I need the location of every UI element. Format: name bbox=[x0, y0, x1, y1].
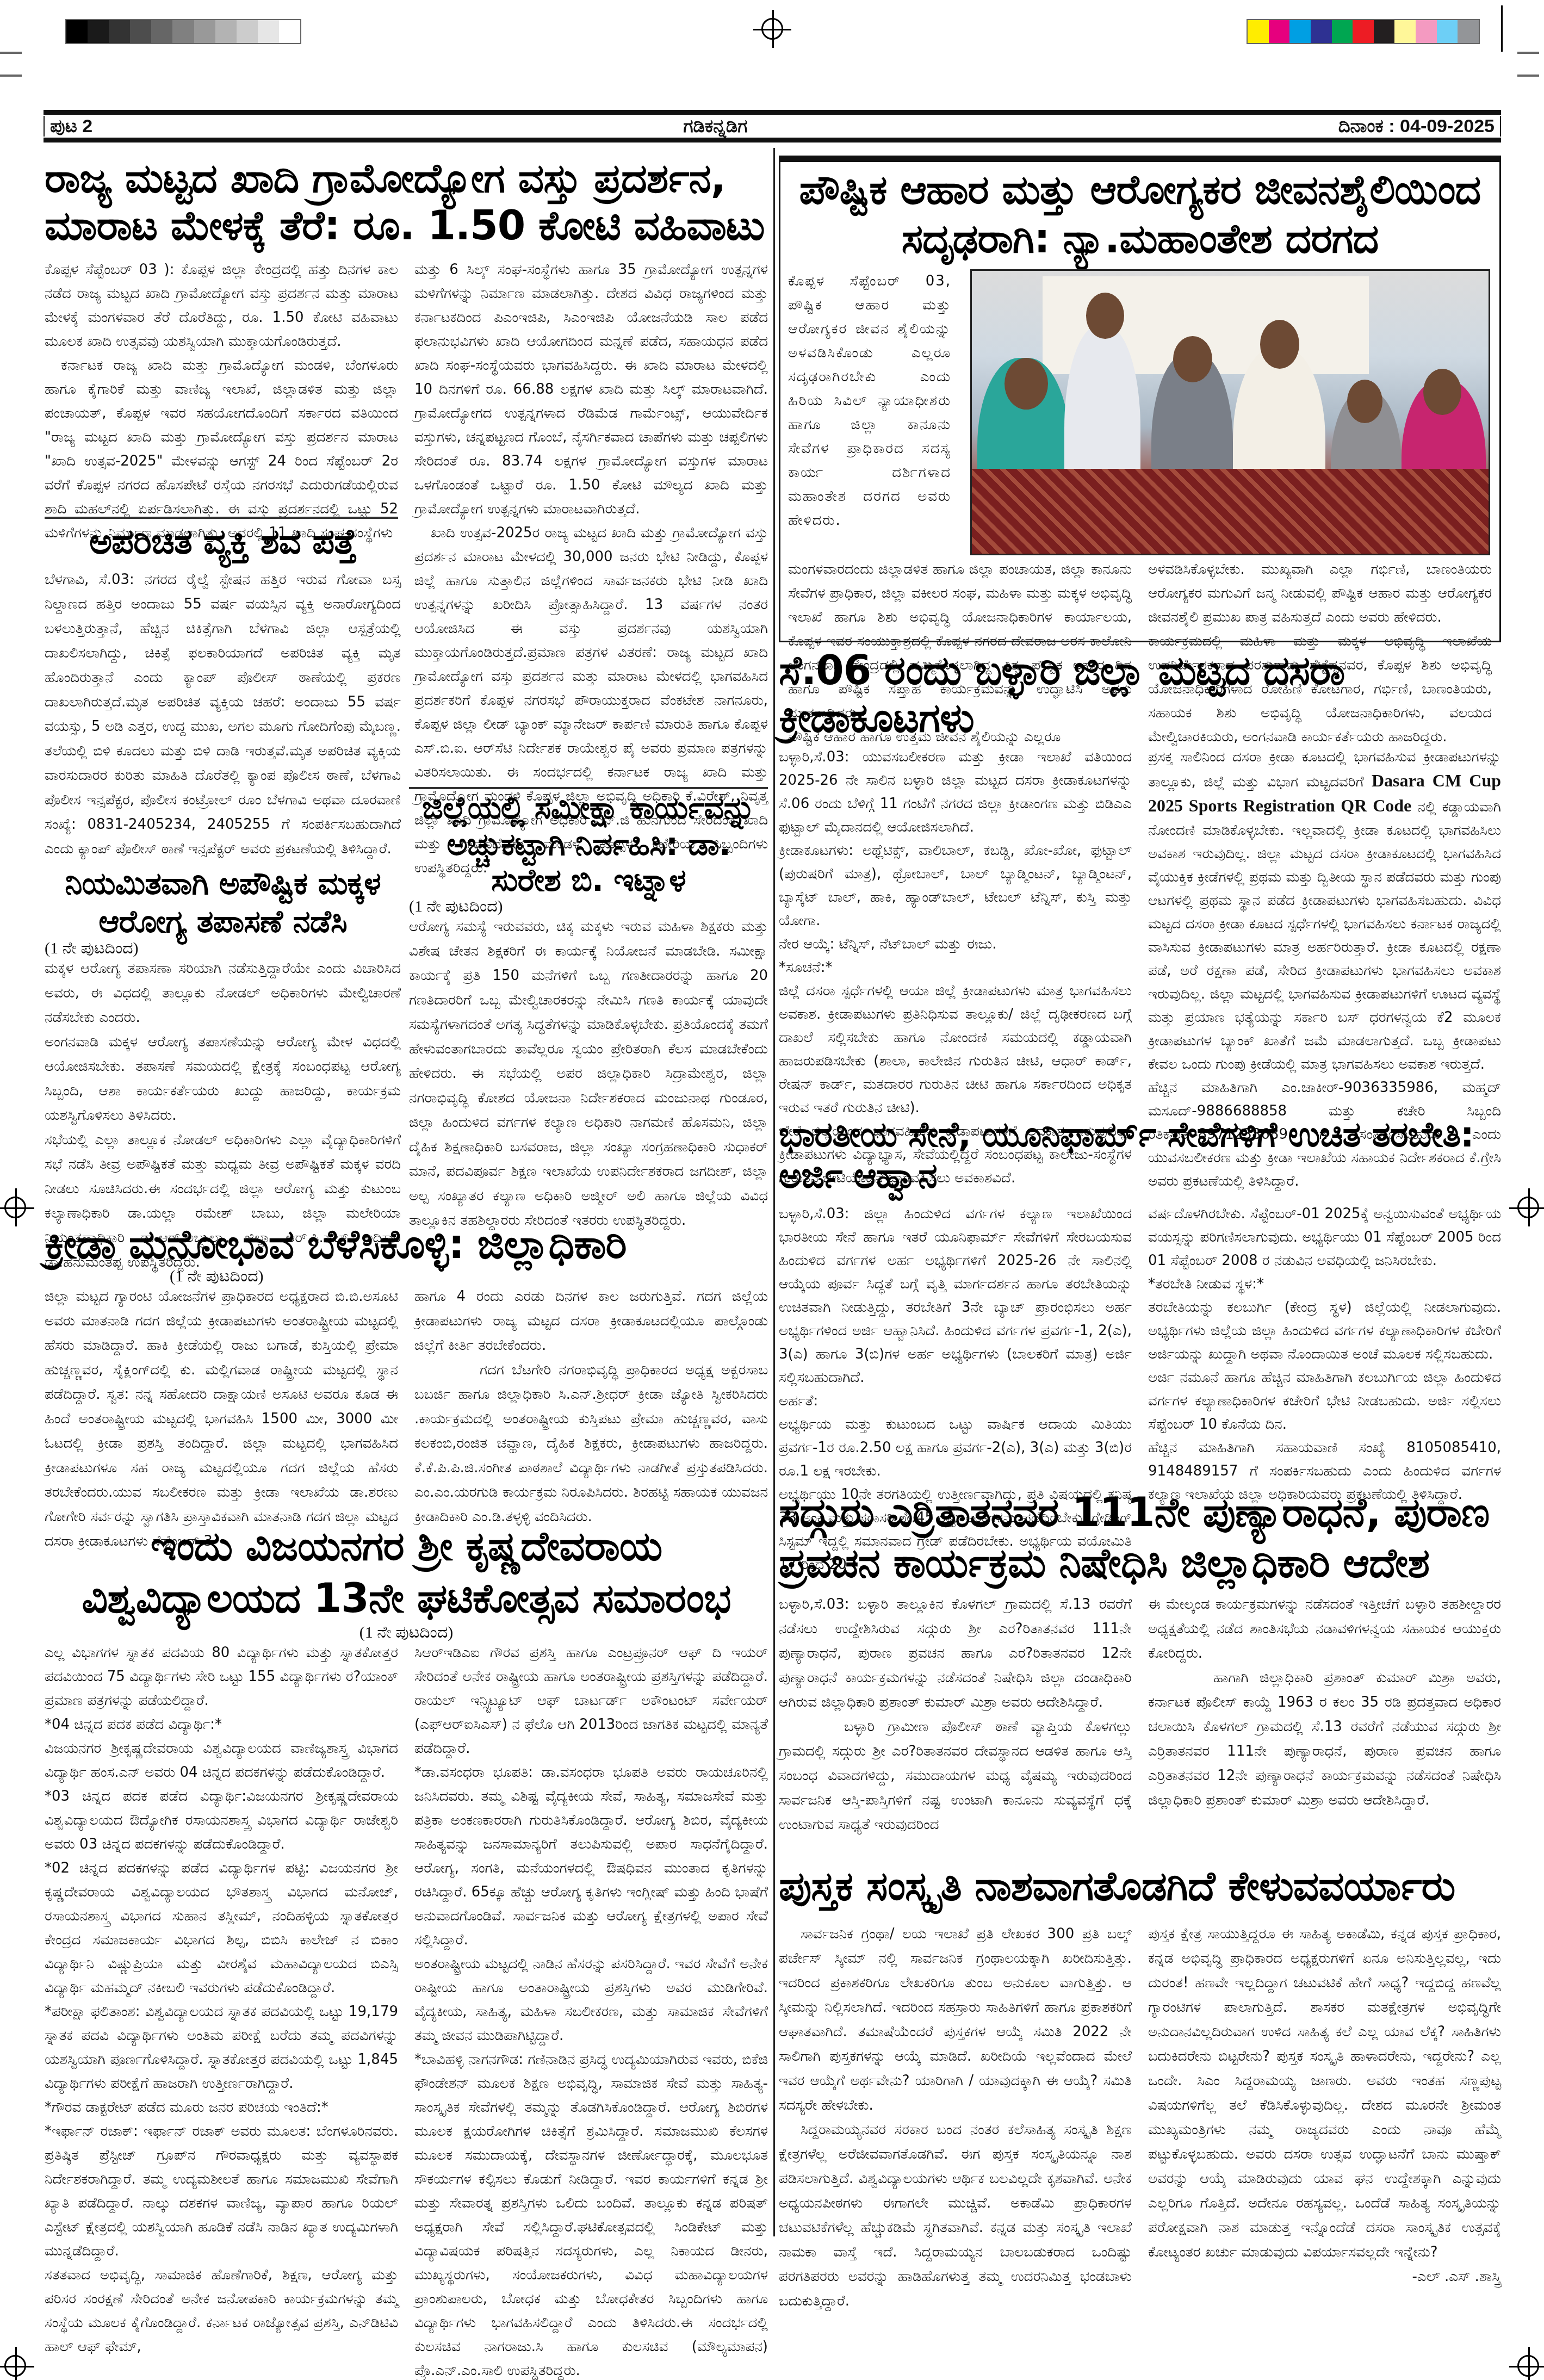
article-column: ಪುಸ್ತಕ ಕ್ಷೇತ್ರ ಸಾಯುತ್ತಿದ್ದರೂ ಈ ಸಾಹಿತ್ಯ ಅ… bbox=[1148, 1922, 1501, 2314]
article-column: ಸಾರ್ವಜನಿಕ ಗ್ರಂಥಾ/ ಲಯ ಇಲಾಖೆ ಪ್ರತಿ ಲೇಖಕರ 3… bbox=[779, 1922, 1132, 2314]
article-sports-spirit: ಕ್ರೀಡಾ ಮನೋಭಾವ ಬೆಳೆಸಿಕೊಳ್ಳಿ: ಜಿಲ್ಲಾಧಿಕಾರಿ… bbox=[45, 1221, 768, 1554]
article-unknown-body: ಅಪರಿಚಿತ ವ್ಯಕ್ತಿ ಶವ ಪತ್ತೆ ಬೆಳಗಾವಿ, ಸೆ.03:… bbox=[45, 522, 401, 861]
article-body: ಜಿಲ್ಲಾ ಮಟ್ಟದ ಗ್ಯಾರಂಟಿ ಯೋಜನೆಗಳ ಪ್ರಾಧಿಕಾರದ… bbox=[45, 1285, 768, 1554]
headline: ರಾಜ್ಯ ಮಟ್ಟದ ಖಾದಿ ಗ್ರಾಮೋದ್ಯೋಗ ವಸ್ತು ಪ್ರದರ… bbox=[45, 155, 768, 250]
page-masthead: ಪುಟ 2 ಗಡಿಕನ್ನಡಿಗ ದಿನಾಂಕ : 04-09-2025 bbox=[44, 110, 1501, 142]
paragraph: ಹಾಗೂ 4 ರಂದು ಎರಡು ದಿನಗಳ ಕಾಲ ಜರುಗುತ್ತಿವೆ. … bbox=[414, 1285, 768, 1358]
paragraph: ಸಿದ್ದರಾಮಯ್ಯನವರ ಸರಕಾರ ಬಂದ ನಂತರ ಕಲೆಸಾಹಿತ್ಯ… bbox=[779, 2118, 1132, 2314]
paragraph: ಅಭ್ಯರ್ಥಿಯ ಮತ್ತು ಕುಟುಂಬದ ಒಟ್ಟು ವಾರ್ಷಿಕ ಆದ… bbox=[779, 1413, 1132, 1483]
calibration-swatch bbox=[1289, 20, 1311, 43]
calibration-swatch bbox=[88, 20, 109, 43]
calibration-swatch bbox=[194, 20, 215, 43]
article-nutrition-food: ಪೌಷ್ಟಿಕ ಆಹಾರ ಮತ್ತು ಆರೋಗ್ಯಕರ ಜೀವನಶೈಲಿಯಿಂದ… bbox=[779, 156, 1501, 642]
headline: ನಿಯಮಿತವಾಗಿ ಅಪೌಷ್ಟಿಕ ಮಕ್ಕಳ ಆರೋಗ್ಯ ತಪಾಸಣೆ … bbox=[45, 865, 401, 940]
calibration-swatch bbox=[279, 20, 300, 43]
paragraph: ವಿಜಯನಗರ ಶ್ರೀಕೃಷ್ಣದೇವರಾಯ ವಿಶ್ವವಿದ್ಯಾಲಯದ ವ… bbox=[45, 1737, 398, 1784]
article-body: ಬಳ್ಳಾರಿ,ಸೆ.03: ಬಳ್ಳಾರಿ ತಾಲ್ಲೂಕಿನ ಕೊಳಗಲ್ … bbox=[779, 1592, 1501, 1837]
calibration-swatch bbox=[172, 20, 194, 43]
color-calibration-bar bbox=[1247, 19, 1480, 44]
column-divider bbox=[773, 148, 775, 2236]
paragraph: ಅಂಗನವಾಡಿ ಮಕ್ಕಳ ಆರೋಗ್ಯ ತಪಾಸಣೆಯನ್ನು ಆರೋಗ್ಯ… bbox=[45, 1030, 401, 1128]
paragraph: *02 ಚಿನ್ನದ ಪದಕಗಳನ್ನು ಪಡೆದ ವಿದ್ಯಾರ್ಥಿಗಳ ಪ… bbox=[45, 1856, 398, 2000]
article-convocation: ಇಂದು ವಿಜಯನಗರ ಶ್ರೀ ಕೃಷ್ಣದೇವರಾಯ ವಿಶ್ವವಿದ್ಯ… bbox=[45, 1520, 768, 2380]
headline: ಕ್ರೀಡಾ ಮನೋಭಾವ ಬೆಳೆಸಿಕೊಳ್ಳಿ: ಜಿಲ್ಲಾಧಿಕಾರಿ bbox=[45, 1221, 768, 1268]
calibration-swatch bbox=[237, 20, 258, 43]
paragraph: ಆರೋಗ್ಯ ಸಮಸ್ಯೆ ಇರುವವರು, ಚಿಕ್ಕ ಮಕ್ಕಳು ಇರುವ… bbox=[409, 915, 768, 1233]
headline: ಸೆ.06 ರಂದು ಬಳ್ಳಾರಿ ಜಿಲ್ಲಾ ಮಟ್ಟದ ದಸರಾ ಕ್ರ… bbox=[779, 647, 1501, 742]
subheading: *04 ಚಿನ್ನದ ಪದಕ ಪಡೆದ ವಿದ್ಯಾರ್ಥಿ:* bbox=[45, 1713, 398, 1737]
section-divider bbox=[45, 517, 398, 519]
article-punyaradhane-ban: ಸದ್ಗುರು ಎರ್ರಿತಾತನವರ 111ನೇ ಪುಣ್ಯಾರಾಧನೆ, ಪ… bbox=[779, 1487, 1501, 1837]
registration-mark-icon bbox=[1517, 2355, 1539, 2377]
crop-mark bbox=[1517, 52, 1539, 54]
paragraph: ಪ್ರಸಕ್ತ ಸಾಲಿನಿಂದ ದಸರಾ ಕ್ರೀಡಾ ಕೂಟದಲ್ಲಿ ಭಾ… bbox=[1148, 746, 1501, 1076]
crop-mark bbox=[0, 52, 22, 54]
paragraph: *ಇರ್ಫಾನ್ ರಜಾಕ್: ಇರ್ಫಾನ್ ರಜಾಕ್ ಅವರು ಮೂಲತ:… bbox=[45, 2119, 398, 2263]
paragraph: *ಪರೀಕ್ಷಾ ಫಲಿತಾಂಶ: ವಿಶ್ವವಿದ್ಯಾಲಯದ ಸ್ನಾತಕ … bbox=[45, 2000, 398, 2096]
paragraph: ಹಾಗಾಗಿ ಜಿಲ್ಲಾಧಿಕಾರಿ ಪ್ರಶಾಂತ್ ಕುಮಾರ್ ಮಿಶ್… bbox=[1148, 1666, 1501, 1813]
paragraph: ಜಿಲ್ಲಾ ಮಟ್ಟದ ಗ್ಯಾರಂಟಿ ಯೋಜನೆಗಳ ಪ್ರಾಧಿಕಾರದ… bbox=[45, 1285, 398, 1554]
crop-mark bbox=[1501, 5, 1503, 52]
paragraph: ಸಾರ್ವಜನಿಕ ಗ್ರಂಥಾ/ ಲಯ ಇಲಾಖೆ ಪ್ರತಿ ಲೇಖಕರ 3… bbox=[779, 1922, 1132, 2118]
paragraph: ತರಬೇತಿಯನ್ನು ಕಲಬುರ್ಗಿ (ಕೇಂದ್ರ ಸ್ಥಳ) ಜಿಲ್ಲ… bbox=[1148, 1296, 1501, 1366]
paragraph: ಬಳ್ಳಾರಿ ಗ್ರಾಮೀಣ ಪೊಲೀಸ್ ಠಾಣೆ ವ್ಯಾಪ್ತಿಯ ಕೊ… bbox=[779, 1715, 1132, 1837]
paragraph: ಪುಸ್ತಕ ಕ್ಷೇತ್ರ ಸಾಯುತ್ತಿದ್ದರೂ ಈ ಸಾಹಿತ್ಯ ಅ… bbox=[1148, 1922, 1501, 2265]
calibration-swatch bbox=[130, 20, 151, 43]
person-figure bbox=[1260, 320, 1299, 369]
subheading: ಅರ್ಹತೆ: bbox=[779, 1390, 1132, 1413]
person-figure bbox=[1423, 369, 1461, 415]
paragraph: ಬೆಳಗಾವಿ, ಸೆ.03: ನಗರದ ರೈಲ್ವೆ ಸ್ಟೇಷನ ಹತ್ತಿ… bbox=[45, 568, 401, 861]
paragraph: ಅರ್ಜಿ ನಮೂನೆ ಹಾಗೂ ಹೆಚ್ಚಿನ ಮಾಹಿತಿಗಾಗಿ ಕಲಬು… bbox=[1148, 1366, 1501, 1436]
article-column: ಈ ಮೇಲ್ಕಂಡ ಕಾರ್ಯಕ್ರಮಗಳನ್ನು ನಡೆಸದಂತೆ ಇತ್ತೀ… bbox=[1148, 1592, 1501, 1837]
continued-label: (1 ನೇ ಪುಟದಿಂದ) bbox=[45, 940, 401, 957]
paragraph: ಕರ್ನಾಟಕ ರಾಜ್ಯ ಖಾದಿ ಮತ್ತು ಗ್ರಾಮೊದ್ಯೋಗ ಮಂಡ… bbox=[45, 354, 398, 545]
calibration-swatch bbox=[1332, 20, 1353, 43]
calibration-swatch bbox=[1374, 20, 1395, 43]
paragraph: *03 ಚಿನ್ನದ ಪದಕ ಪಡೆದ ವಿದ್ಯಾರ್ಥಿ:ವಿಜಯನಗರ ಶ… bbox=[45, 1784, 398, 1856]
text-run: ನಲ್ಲಿ ಕಡ್ಡಾಯವಾಗಿ ನೋಂದಣಿ ಮಾಡಿಕೊಳ್ಳಬೇಕು. ಇ… bbox=[1148, 799, 1501, 1073]
person-figure bbox=[1086, 293, 1124, 339]
paragraph: ಮತ್ತು 6 ಸಿಲ್ಕ್ ಸಂಘ-ಸಂಸ್ಥೆಗಳು ಹಾಗೂ 35 ಗ್ರ… bbox=[414, 258, 768, 521]
calibration-swatch bbox=[258, 20, 279, 43]
article-dasara-sports: ಸೆ.06 ರಂದು ಬಳ್ಳಾರಿ ಜಿಲ್ಲಾ ಮಟ್ಟದ ದಸರಾ ಕ್ರ… bbox=[779, 647, 1501, 1193]
continued-label: (1 ನೇ ಪುಟದಿಂದ) bbox=[45, 1625, 768, 1641]
article-column: ಎಲ್ಲ ವಿಭಾಗಗಳ ಸ್ನಾತಕ ಪದವಿಯ 80 ವಿದ್ಯಾರ್ಥಿಗ… bbox=[45, 1641, 398, 2380]
paragraph: ಅಂತರಾಷ್ಟ್ರೀಯ ಮಟ್ಟದಲ್ಲಿ ನಾಡಿನ ಹೆಸರನ್ನು ಪಸ… bbox=[414, 1952, 768, 2048]
registration-mark-icon bbox=[4, 2355, 26, 2377]
person-figure bbox=[1347, 380, 1382, 423]
article-column: ಜಿಲ್ಲಾ ಮಟ್ಟದ ಗ್ಯಾರಂಟಿ ಯೋಜನೆಗಳ ಪ್ರಾಧಿಕಾರದ… bbox=[45, 1285, 398, 1554]
table-with-food-items bbox=[972, 469, 1489, 554]
crop-mark bbox=[0, 75, 22, 77]
continued-label: (1 ನೇ ಪುಟದಿಂದ) bbox=[409, 898, 768, 915]
calibration-swatch bbox=[1416, 20, 1437, 43]
registration-mark-icon bbox=[4, 1197, 26, 1218]
registration-mark-icon bbox=[761, 18, 783, 40]
issue-date: ದಿನಾಂಕ : 04-09-2025 bbox=[1338, 116, 1495, 137]
headline: ಭಾರತೀಯ ಸೇನೆ, ಯೂನಿಫಾರ್ಮ್ ಸೇವೆಗಳಿಗೆ ಉಚಿತ ತ… bbox=[779, 1115, 1501, 1197]
headline: ಅಪರಿಚಿತ ವ್ಯಕ್ತಿ ಶವ ಪತ್ತೆ bbox=[45, 522, 401, 563]
paragraph: ಕ್ರೀಡಾಕೂಟಗಳು: ಅಥ್ಲೆಟಿಕ್ಸ್, ವಾಲಿಬಾಲ್, ಕಬಡ… bbox=[779, 839, 1132, 933]
calibration-swatch bbox=[1248, 20, 1269, 43]
calibration-swatch bbox=[151, 20, 172, 43]
paragraph: ಕೊಪ್ಪಳ ಸೆಪ್ಟೆಂಬರ್ 03 ): ಕೊಪ್ಪಳ ಜಿಲ್ಲಾ ಕೇ… bbox=[45, 258, 398, 354]
calibration-swatch bbox=[1269, 20, 1290, 43]
article-body: ಎಲ್ಲ ವಿಭಾಗಗಳ ಸ್ನಾತಕ ಪದವಿಯ 80 ವಿದ್ಯಾರ್ಥಿಗ… bbox=[45, 1641, 768, 2380]
paragraph: ಅಳವಡಿಸಿಕೊಳ್ಳಬೇಕು. ಮುಖ್ಯವಾಗಿ ಎಲ್ಲಾ ಗರ್ಭಿಣ… bbox=[1148, 557, 1492, 629]
byline: -ಎಲ್ .ಎಸ್ .ಶಾಸ್ತ್ರಿ bbox=[1148, 2265, 1501, 2289]
paragraph: ಸತತವಾದ ಅಭಿವೃದ್ಧಿ, ಸಾಮಾಜಿಕ ಹೊಣೆಗಾರಿಕೆ, ಶಿ… bbox=[45, 2263, 398, 2359]
person-figure bbox=[1173, 336, 1212, 382]
paragraph: ಬಳ್ಳಾರಿ,ಸೆ.03: ಯುವಸಬಲೀಕರಣ ಮತ್ತು ಕ್ರೀಡಾ ಇ… bbox=[779, 746, 1132, 839]
continued-label: (1 ನೇ ಪುಟದಿಂದ) bbox=[170, 1268, 768, 1285]
subheading: *ಸೂಚನೆ:* bbox=[779, 956, 1132, 980]
paragraph: ಬಳ್ಳಾರಿ,ಸೆ.03: ಜಿಲ್ಲಾ ಹಿಂದುಳಿದ ವರ್ಗಗಳ ಕಲ… bbox=[779, 1203, 1132, 1390]
calibration-swatch bbox=[1437, 20, 1458, 43]
article-book-culture: ಪುಸ್ತಕ ಸಂಸ್ಕೃತಿ ನಾಶವಾಗತೊಡಗಿದೆ ಕೇಳುವವರ್ಯಾ… bbox=[779, 1863, 1501, 2314]
paragraph: ಗದಗ ಬೆಟಗೇರಿ ನಗರಾಭಿವೃದ್ಧಿ ಪ್ರಾಧಿಕಾರದ ಅಧ್ಯ… bbox=[414, 1358, 768, 1529]
article-column: ಸಿಆರ್‌ಇಡಿಎಐ ಗೌರವ ಪ್ರಶಸ್ತಿ ಹಾಗೂ ಎಂಟ್ರಪ್ರೂ… bbox=[414, 1641, 768, 2380]
calibration-swatch bbox=[1458, 20, 1479, 43]
subheading: *ಗೌರವ ಡಾಕ್ಟರೇಟ್ ಪಡೆದ ಮೂರು ಜನರ ಪರಿಚಯ ಇಂತಿ… bbox=[45, 2096, 398, 2119]
newspaper-name: ಗಡಿಕನ್ನಡಿಗ bbox=[683, 116, 747, 137]
subheading: *ತರಬೇತಿ ನೀಡುವ ಸ್ಥಳ:* bbox=[1148, 1273, 1501, 1296]
paragraph: ಎಲ್ಲ ವಿಭಾಗಗಳ ಸ್ನಾತಕ ಪದವಿಯ 80 ವಿದ್ಯಾರ್ಥಿಗ… bbox=[45, 1641, 398, 1713]
calibration-swatch bbox=[66, 20, 88, 43]
calibration-swatch bbox=[1394, 20, 1416, 43]
event-photo bbox=[970, 269, 1490, 555]
crop-mark bbox=[1517, 75, 1539, 77]
lead-paragraph: ಕೊಪ್ಪಳ ಸೆಪ್ಟೆಂಬರ್ 03, ಪೌಷ್ಟಿಕ ಆಹಾರ ಮತ್ತು… bbox=[788, 269, 951, 532]
paragraph: ಬಳ್ಳಾರಿ,ಸೆ.03: ಬಳ್ಳಾರಿ ತಾಲ್ಲೂಕಿನ ಕೊಳಗಲ್ … bbox=[779, 1592, 1132, 1715]
paragraph: ಮಕ್ಕಳ ಆರೋಗ್ಯ ತಪಾಸಣಾ ಸರಿಯಾಗಿ ನಡೆಸುತ್ತಿದ್ದ… bbox=[45, 957, 401, 1030]
calibration-swatch bbox=[109, 20, 130, 43]
paragraph: ನೇರ ಆಯ್ಕೆ: ಟೆನ್ನಿಸ್, ನೆಟ್‌ಬಾಲ್ ಮತ್ತು ಈಜು… bbox=[779, 933, 1132, 956]
headline: ಇಂದು ವಿಜಯನಗರ ಶ್ರೀ ಕೃಷ್ಣದೇವರಾಯ ವಿಶ್ವವಿದ್ಯ… bbox=[45, 1520, 768, 1625]
paragraph: ಜಿಲ್ಲೆ ದಸರಾ ಸ್ಪರ್ಧೆಗಳಲ್ಲಿ ಆಯಾ ಜಿಲ್ಲೆ ಕ್ರ… bbox=[779, 980, 1132, 1120]
paragraph: ಸಿಆರ್‌ಇಡಿಎಐ ಗೌರವ ಪ್ರಶಸ್ತಿ ಹಾಗೂ ಎಂಟ್ರಪ್ರೂ… bbox=[414, 1641, 768, 1761]
headline: ಸದ್ಗುರು ಎರ್ರಿತಾತನವರ 111ನೇ ಪುಣ್ಯಾರಾಧನೆ, ಪ… bbox=[779, 1487, 1501, 1588]
paragraph: *ಡಾ.ವಸಂಧರಾ ಭೂಪತಿ: ಡಾ.ವಸಂಧರಾ ಭೂಪತಿ ಅವರು ರ… bbox=[414, 1761, 768, 1952]
paragraph: ವರ್ಷದೊಳಗಿರಬೇಕು. ಸೆಪ್ಟೆಂಬರ್-01 2025ಕ್ಕೆ ಅ… bbox=[1148, 1203, 1501, 1273]
article-column: ಹಾಗೂ 4 ರಂದು ಎರಡು ದಿನಗಳ ಕಾಲ ಜರುಗುತ್ತಿವೆ. … bbox=[414, 1285, 768, 1554]
page-number: ಪುಟ 2 bbox=[50, 116, 92, 137]
calibration-swatch bbox=[215, 20, 237, 43]
headline: ಪೌಷ್ಟಿಕ ಆಹಾರ ಮತ್ತು ಆರೋಗ್ಯಕರ ಜೀವನಶೈಲಿಯಿಂದ… bbox=[788, 165, 1492, 264]
headline: ಪುಸ್ತಕ ಸಂಸ್ಕೃತಿ ನಾಶವಾಗತೊಡಗಿದೆ ಕೇಳುವವರ್ಯಾ… bbox=[779, 1863, 1501, 1910]
paragraph: ಈ ಮೇಲ್ಕಂಡ ಕಾರ್ಯಕ್ರಮಗಳನ್ನು ನಡೆಸದಂತೆ ಇತ್ತೀ… bbox=[1148, 1592, 1501, 1666]
person-figure bbox=[1004, 358, 1048, 410]
headline: ಜಿಲ್ಲೆಯಲ್ಲಿ ಸಮೀಕ್ಷಾ ಕಾರ್ಯವನ್ನು ಅಚ್ಚುಕಟ್ಟ… bbox=[409, 790, 768, 898]
article-body: ಸಾರ್ವಜನಿಕ ಗ್ರಂಥಾ/ ಲಯ ಇಲಾಖೆ ಪ್ರತಿ ಲೇಖಕರ 3… bbox=[779, 1922, 1501, 2314]
registration-mark-icon bbox=[1517, 1197, 1539, 1218]
paragraph: *ಬಾವಿಹಳ್ಳಿ ನಾಗನಗೌಡ: ಗಣಿನಾಡಿನ ಪ್ರಸಿದ್ಧ ಉದ… bbox=[414, 2048, 768, 2380]
calibration-swatch bbox=[1353, 20, 1374, 43]
article-column: ಬಳ್ಳಾರಿ,ಸೆ.03: ಬಳ್ಳಾರಿ ತಾಲ್ಲೂಕಿನ ಕೊಳಗಲ್ … bbox=[779, 1592, 1132, 1837]
calibration-swatch bbox=[1311, 20, 1332, 43]
article-nutrition-check: ನಿಯಮಿತವಾಗಿ ಅಪೌಷ್ಟಿಕ ಮಕ್ಕಳ ಆರೋಗ್ಯ ತಪಾಸಣೆ … bbox=[45, 865, 401, 1275]
article-survey: ಜಿಲ್ಲೆಯಲ್ಲಿ ಸಮೀಕ್ಷಾ ಕಾರ್ಯವನ್ನು ಅಚ್ಚುಕಟ್ಟ… bbox=[409, 790, 768, 1233]
grayscale-calibration-bar bbox=[65, 19, 301, 44]
